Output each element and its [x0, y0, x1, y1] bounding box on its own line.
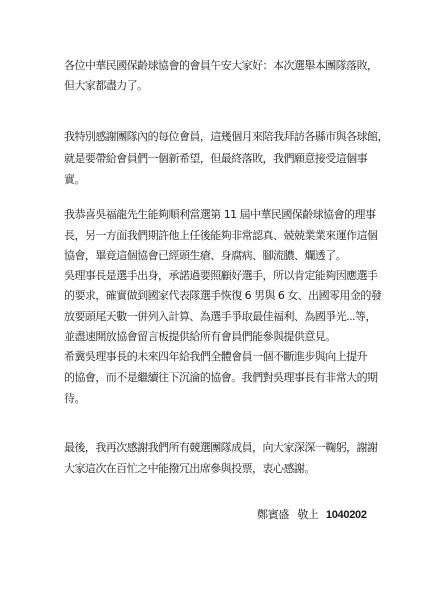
- paragraph-4-line-2: 大家這次在百忙之中能撥冗出席參與投票，衷心感謝。: [64, 462, 315, 476]
- paragraph-3-line-10: 待。: [64, 392, 85, 406]
- paragraph-3-line-5: 的要求，確實做到國家代表隊選手恢復 6 男與 6 女、出國零用金的發: [64, 289, 381, 303]
- paragraph-4-line-1: 最後，我再次感謝我們所有競選團隊成員，向大家深深一鞠躬，謝謝: [64, 441, 378, 455]
- paragraph-1-line-2: 但大家都盡力了。: [64, 79, 148, 93]
- document-page: 各位中華民國保齡球協會的會員午安大家好：本次選舉本團隊落敗， 但大家都盡力了。 …: [0, 0, 424, 600]
- signature-date: 1040202: [326, 509, 367, 521]
- paragraph-1-line-1: 各位中華民國保齡球協會的會員午安大家好：本次選舉本團隊落敗，: [64, 59, 378, 73]
- paragraph-3-line-3: 協會，畢竟這個協會已經頭生瘡、身腐病、腳流膿、爛透了。: [64, 249, 346, 263]
- paragraph-2-line-1: 我特別感謝團隊內的每位會員，這幾個月來陪我拜訪各縣市與各球館，: [64, 130, 388, 144]
- paragraph-2-line-3: 實。: [64, 173, 85, 187]
- paragraph-3-line-8: 希冀吳理事長的未來四年給我們全體會員一個不斷進步與向上提升: [64, 350, 367, 364]
- paragraph-3-line-6: 放要頭尾天數一併列入計算、為選手爭取最佳福利、為國爭光...等，: [64, 310, 376, 324]
- signature: 鄭賓盛 敬上 1040202: [257, 508, 367, 522]
- paragraph-2-line-2: 就是要帶給會員們一個新希望，但最終落敗，我們願意接受這個事: [64, 152, 367, 166]
- signature-closing: 敬上: [297, 508, 318, 521]
- paragraph-3-line-2: 長，另一方面我們期許他上任後能夠非常認真、兢兢業業來運作這個: [64, 229, 378, 243]
- paragraph-3-line-1: 我恭喜吳福龍先生能夠順利當選第 11 屆中華民國保齡球協會的理事: [64, 208, 375, 222]
- paragraph-3-line-4: 吳理事長是選手出身，承諾過要照顧好選手，所以肯定能夠因應選手: [64, 269, 378, 283]
- paragraph-3-line-9: 的協會，而不是繼續往下沉淪的協會。我們對吳理事長有非常大的期: [64, 371, 378, 385]
- paragraph-3-line-7: 並盡速開放協會留言板提供給所有會員們能參與提供意見。: [64, 330, 336, 344]
- signature-name: 鄭賓盛: [257, 508, 289, 521]
